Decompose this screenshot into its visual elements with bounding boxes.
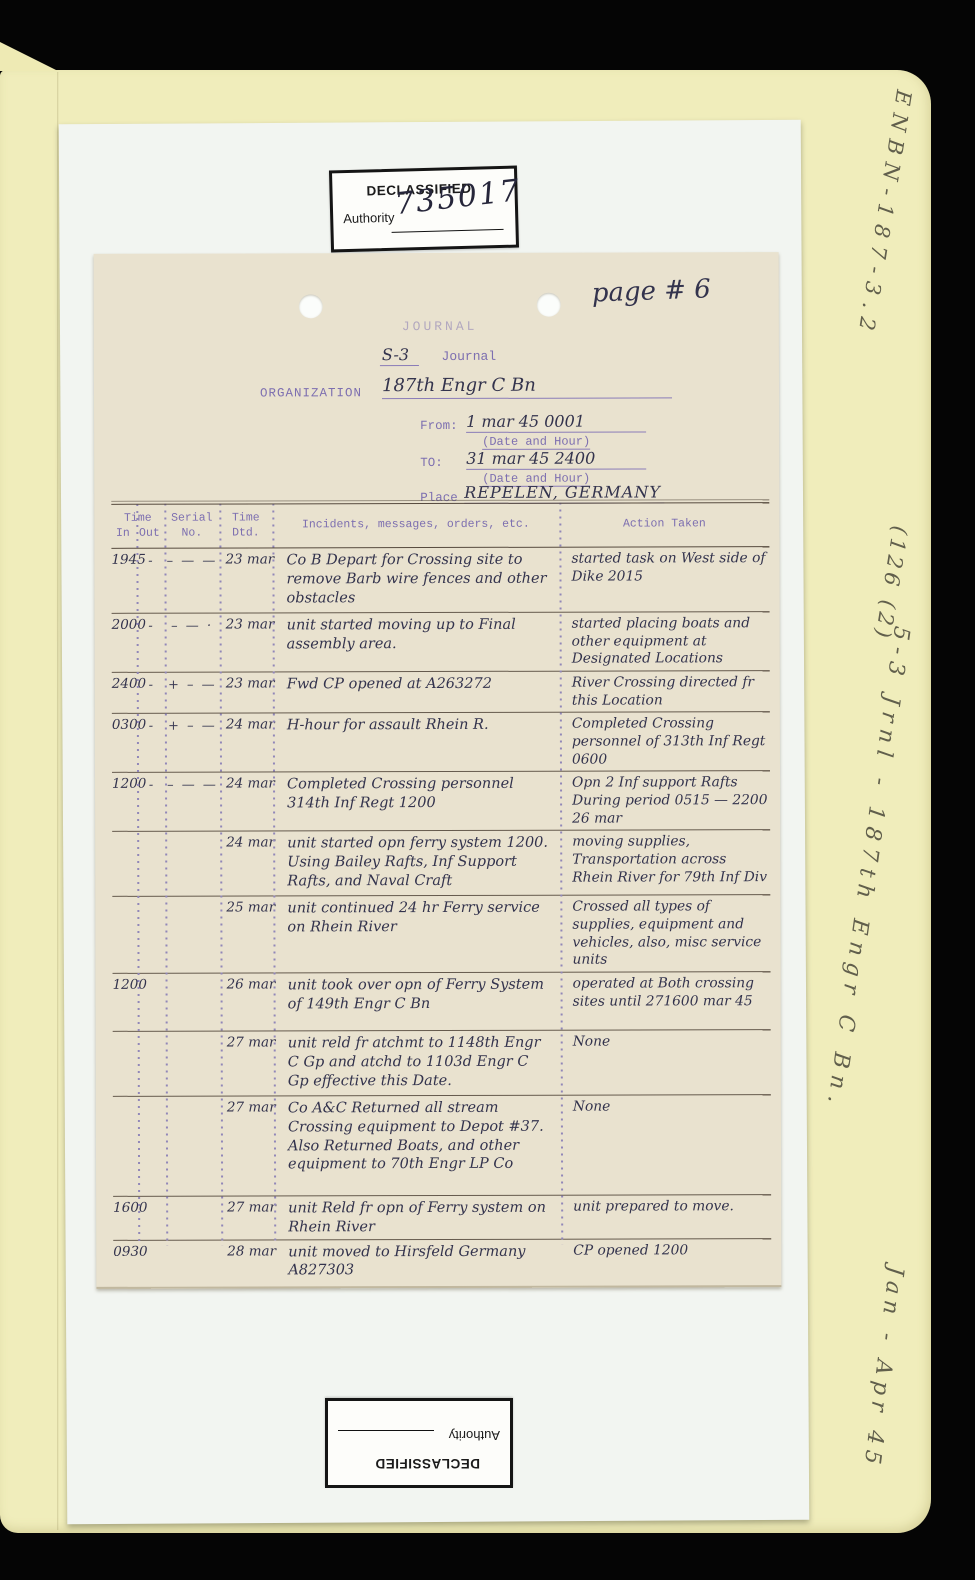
cell-time-dtd: 24 mar [220, 714, 273, 772]
cell-serial-no [166, 1240, 221, 1299]
cell-time-in: 1945 [111, 549, 136, 613]
authority-number-handwritten: 735017 [393, 173, 523, 222]
cell-time-out: - [137, 714, 165, 772]
cell-action: moving supplies, Transportation across R… [560, 830, 770, 895]
cell-time-out [137, 897, 165, 973]
cell-incident: unit started opn ferry system 1200. Usin… [273, 831, 560, 896]
cell-time-in: 2000 [112, 614, 137, 672]
cell-incident: Co A&C Returned all stream Crossing equi… [274, 1096, 561, 1196]
authority-underline [392, 229, 504, 233]
cell-time-out [138, 974, 166, 1031]
journal-table: Time In Out Serial No. Time Dtd. Inciden… [111, 502, 771, 1246]
cell-serial-no [166, 973, 221, 1030]
folder-crease [57, 72, 59, 1530]
cell-action: Completed Crossing personnel of 313th In… [560, 712, 770, 771]
header-serial-no: Serial No. [164, 505, 219, 548]
cell-incident: Completed Crossing personnel 314th Inf R… [273, 772, 560, 831]
from-value: 1 mar 45 0001 [466, 411, 646, 432]
table-row: 1200 - – — — 24 mar Completed Crossing p… [112, 770, 770, 831]
header-dtd: Dtd. [232, 526, 260, 540]
header-time-dtd: Time Dtd. [219, 504, 272, 547]
header-out: Out [139, 526, 160, 540]
cell-time-dtd: 27 mar [221, 1196, 274, 1239]
header-time2: Time [232, 512, 260, 526]
cell-serial-no: – — — [165, 773, 220, 831]
cell-time-out: - [137, 614, 165, 672]
hole-punch-right [537, 293, 561, 317]
cell-time-in [112, 897, 137, 973]
scanned-document-view: ENBN-187-3.2 (126 (2) 5-3 Jrnl - 187th E… [0, 0, 975, 1580]
cell-time-in: 2400 [112, 673, 137, 713]
declassified-stamp-title: DECLASSIFIED [375, 1456, 480, 1471]
journal-stamp-text: JOURNAL [402, 319, 478, 334]
table-row: 24 mar unit started opn ferry system 120… [112, 829, 770, 896]
cell-incident: Fwd CP opened at A263272 [273, 672, 560, 713]
cell-action: started task on West side of Dike 2015 [559, 547, 769, 612]
cell-time-dtd: 26 mar [221, 973, 274, 1030]
cell-time-dtd: 23 mar [220, 613, 273, 671]
cell-time-out: - [137, 673, 165, 713]
cell-time-dtd: 24 mar [220, 832, 273, 896]
header-in: In [116, 526, 130, 540]
cell-incident: H-hour for assault Rhein R. [273, 713, 560, 772]
cell-action: Crossed all types of supplies, equipment… [560, 895, 770, 971]
authority-underline [338, 1430, 434, 1431]
cell-action: operated at Both crossing sites until 27… [561, 972, 771, 1030]
table-row: 0930 28 mar unit moved to Hirsfeld Germa… [113, 1238, 771, 1300]
declassified-stamp-top: DECLASSIFIED Authority 735017 [329, 166, 519, 253]
table-row: 1200 26 mar unit took over opn of Ferry … [113, 971, 771, 1031]
cell-serial-no: + – — [165, 673, 220, 713]
cell-action: River Crossing directed fr this Location [560, 671, 770, 712]
cell-action: unit prepared to move. [561, 1195, 771, 1238]
folder-corner-wedge [0, 42, 58, 71]
cell-time-dtd: 24 mar [220, 773, 273, 831]
cell-time-out [138, 1197, 166, 1240]
cell-serial-no: + – — [165, 714, 220, 772]
table-row: 25 mar unit continued 24 hr Ferry servic… [112, 894, 770, 972]
journal-label-typed: Journal [441, 349, 496, 364]
cell-incident: unit Reld fr opn of Ferry system on Rhei… [274, 1196, 561, 1239]
cell-serial-no [165, 832, 220, 896]
organization-label: ORGANIZATION [260, 386, 362, 400]
header-action-label: Action Taken [623, 518, 706, 533]
cell-time-in: 1200 [112, 773, 137, 831]
page-number: page # 6 [591, 274, 711, 308]
to-value: 31 mar 45 2400 [466, 448, 646, 469]
cell-time-dtd: 23 mar [220, 672, 273, 712]
header-serial: Serial [171, 512, 212, 526]
header-time-in-out: Time In Out [111, 505, 164, 548]
cell-time-in [113, 1097, 138, 1196]
cell-time-in: 0300 [112, 714, 137, 772]
hole-punch-left [299, 294, 323, 318]
table-header-row: Time In Out Serial No. Time Dtd. Inciden… [111, 502, 769, 549]
date-hour-caption-1: (Date and Hour) [482, 435, 590, 450]
to-label: TO: [420, 456, 443, 470]
table-row: 27 mar unit reld fr atchmt to 1148th Eng… [113, 1029, 771, 1096]
cell-time-dtd: 25 mar [220, 897, 273, 973]
cell-time-in [112, 832, 137, 896]
table-row: 2400 - + – — 23 mar Fwd CP opened at A26… [112, 670, 770, 713]
organization-value: 187th Engr C Bn [382, 374, 672, 399]
cell-action: None [561, 1095, 771, 1195]
table-row: 27 mar Co A&C Returned all stream Crossi… [113, 1094, 771, 1196]
cell-incident: unit took over opn of Ferry System of 14… [274, 973, 561, 1031]
cell-time-in: 1200 [113, 974, 138, 1031]
cell-serial-no [166, 1031, 221, 1095]
cell-serial-no: – — — [164, 549, 219, 613]
cell-incident: unit continued 24 hr Ferry service on Rh… [273, 896, 560, 972]
header-incidents-label: Incidents, messages, orders, etc. [302, 518, 530, 533]
table-row: 1600 27 mar unit Reld fr opn of Ferry sy… [113, 1194, 771, 1239]
table-row: 1945 - – — — 23 mar Co B Depart for Cros… [111, 547, 769, 613]
cell-action: None [561, 1030, 771, 1095]
cell-serial-no [166, 1196, 221, 1239]
cell-time-in [113, 1032, 138, 1096]
cell-incident: unit started moving up to Final assembly… [273, 613, 560, 672]
journal-section-handwritten: S-3 [380, 345, 419, 366]
cell-time-out [138, 1097, 166, 1196]
from-label: From: [420, 419, 458, 433]
cell-time-in: 0930 [113, 1240, 138, 1299]
cell-incident: Co B Depart for Crossing site to remove … [272, 548, 559, 613]
cell-time-dtd: 28 mar [221, 1240, 274, 1299]
cell-time-in: 1600 [113, 1197, 138, 1240]
cell-time-out [138, 1240, 166, 1299]
cell-action: CP opened 1200 [561, 1239, 771, 1299]
cell-incident: unit reld fr atchmt to 1148th Engr C Gp … [274, 1031, 561, 1096]
table-row: 2000 - – — · 23 mar unit started moving … [112, 611, 770, 672]
header-action: Action Taken [559, 503, 769, 547]
cell-time-dtd: 27 mar [221, 1096, 274, 1195]
cell-serial-no: – — · [165, 614, 220, 672]
cell-time-out [138, 1032, 166, 1096]
cell-time-out [137, 832, 165, 896]
cell-action: started placing boats and other equipmen… [560, 612, 770, 671]
authority-label: Authority [343, 210, 395, 226]
journal-table-body: 1945 - – — — 23 mar Co B Depart for Cros… [111, 547, 771, 1299]
cell-incident: unit moved to Hirsfeld Germany A827303 [274, 1239, 561, 1299]
authority-label: Authority [449, 1428, 500, 1443]
header-no: No. [182, 526, 203, 540]
cell-time-out: - [137, 773, 165, 831]
journal-page: page # 6 JOURNAL S-3 Journal ORGANIZATIO… [94, 252, 782, 1289]
cell-serial-no [165, 897, 220, 973]
header-incidents: Incidents, messages, orders, etc. [272, 504, 559, 548]
declassified-stamp-bottom: DECLASSIFIED Authority [325, 1398, 513, 1488]
cell-serial-no [166, 1096, 221, 1195]
header-time: Time [124, 512, 152, 526]
table-row: 0300 - + – — 24 mar H-hour for assault R… [112, 711, 770, 772]
cell-time-dtd: 27 mar [221, 1031, 274, 1095]
cell-time-out: - [136, 549, 164, 613]
cell-time-dtd: 23 mar [219, 548, 272, 612]
cell-action: Opn 2 Inf support Rafts During period 05… [560, 771, 770, 830]
